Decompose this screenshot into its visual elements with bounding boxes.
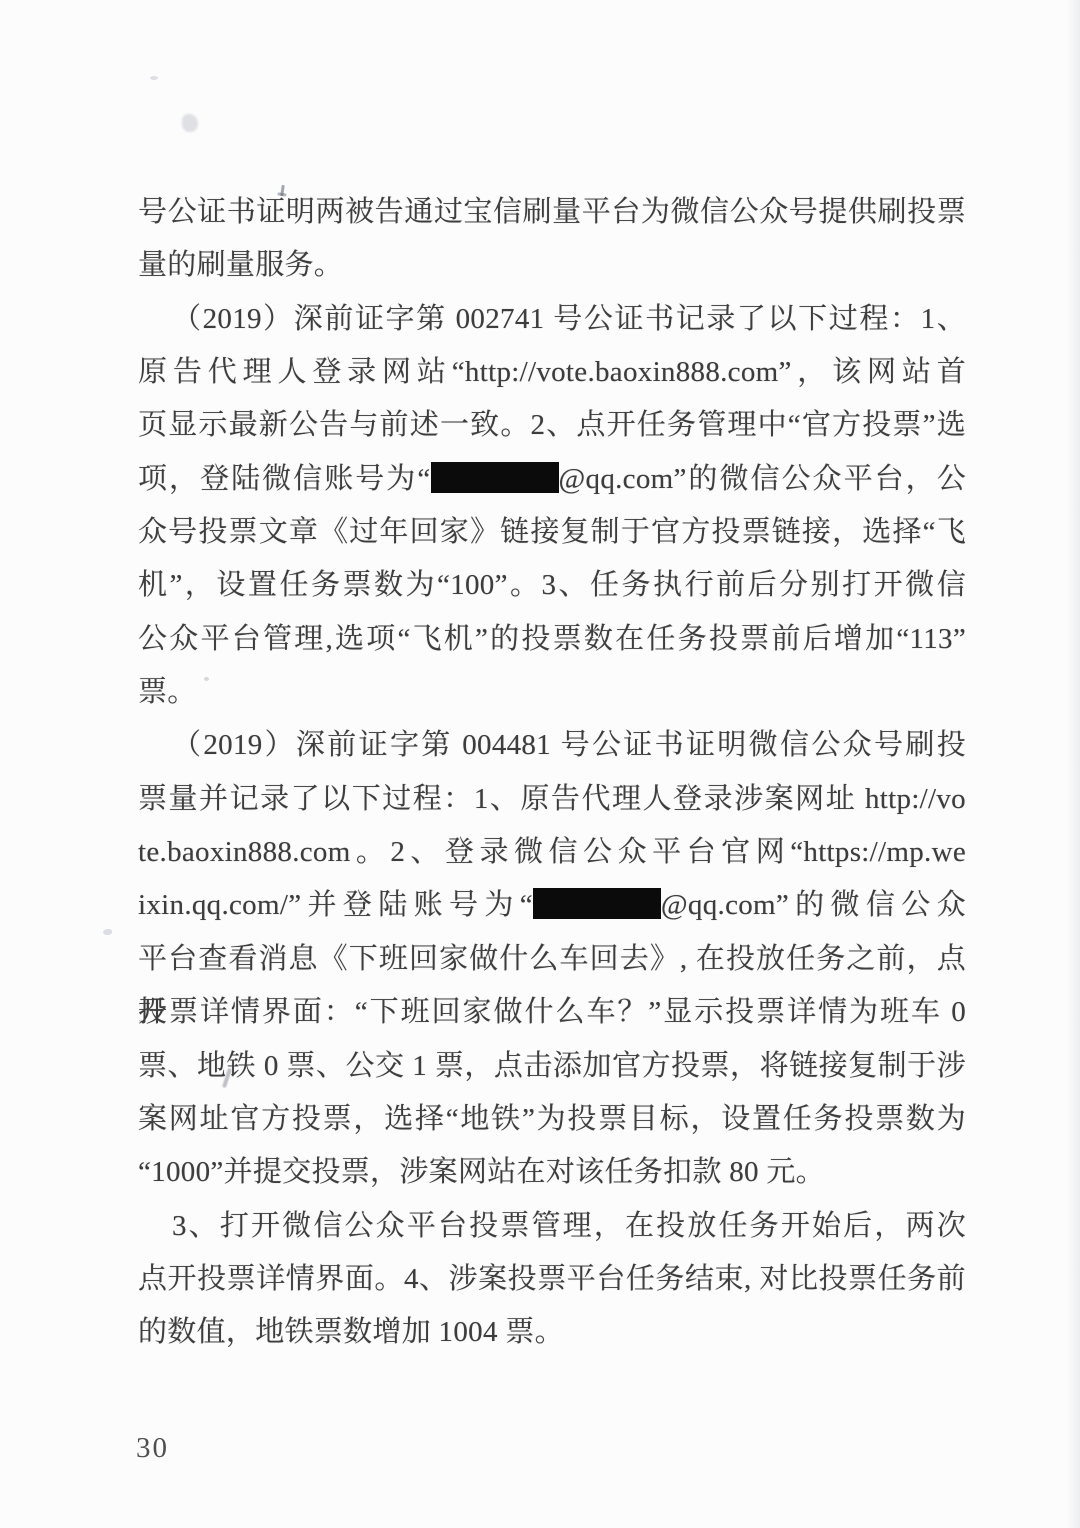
text-line: （2019）深前证字第 004481 号公证书证明微信公众号刷投 (138, 719, 966, 772)
text-block: 号公证书证明两被告通过宝信刷量平台为微信公众号提供刷投票量的刷量服务。（2019… (138, 186, 966, 1360)
text-segment: 众号投票文章《过年回家》链接复制于官方投票链接，选择“飞 (138, 516, 966, 548)
text-segment: 公众平台管理,选项“飞机”的投票数在任务投票前后增加“113” (138, 623, 966, 655)
page-number: 30 (136, 1432, 169, 1465)
text-segment: 票。 (138, 676, 197, 708)
text-segment: 号公证书证明两被告通过宝信刷量平台为微信公众号提供刷投票 (138, 196, 966, 228)
text-line: 3、打开微信公众平台投票管理，在投放任务开始后，两次 (138, 1200, 966, 1253)
text-line: 票、地铁 0 票、公交 1 票，点击添加官方投票，将链接复制于涉 (138, 1040, 966, 1093)
text-line: ixin.qq.com/”并登陆账号为“@qq.com”的微信公众 (138, 879, 966, 932)
text-segment: 点开投票详情界面。4、涉案投票平台任务结束, 对比投票任务前 (138, 1263, 966, 1295)
text-line: 原告代理人登录网站“http://vote.baoxin888.com”，该网站… (138, 346, 966, 399)
scan-artifact (103, 929, 112, 935)
text-segment: @qq.com”的微信公众平台，公 (559, 463, 967, 495)
text-line: 案网址官方投票，选择“地铁”为投票目标，设置任务投票数为 (138, 1093, 966, 1146)
text-segment: 票、地铁 0 票、公交 1 票，点击添加官方投票，将链接复制于涉 (138, 1050, 966, 1082)
text-line: 平台查看消息《下班回家做什么车回去》, 在投放任务之前，点开 (138, 933, 966, 986)
document-page: 号公证书证明两被告通过宝信刷量平台为微信公众号提供刷投票量的刷量服务。（2019… (0, 0, 1080, 1528)
text-line: 号公证书证明两被告通过宝信刷量平台为微信公众号提供刷投票 (138, 186, 966, 239)
text-line: 投票详情界面：“下班回家做什么车？”显示投票详情为班车 0 (138, 986, 966, 1039)
text-line: 众号投票文章《过年回家》链接复制于官方投票链接，选择“飞 (138, 506, 966, 559)
redaction-box (533, 888, 661, 919)
text-segment: （2019）深前证字第 002741 号公证书记录了以下过程：1、 (172, 303, 966, 335)
text-line: 机”，设置任务票数为“100”。3、任务执行前后分别打开微信 (138, 559, 966, 612)
text-line: 票量并记录了以下过程：1、原告代理人登录涉案网址 http://vo (138, 773, 966, 826)
text-line: （2019）深前证字第 002741 号公证书记录了以下过程：1、 (138, 293, 966, 346)
scan-artifact (150, 76, 158, 80)
text-line: “1000”并提交投票，涉案网站在对该任务扣款 80 元。 (138, 1146, 966, 1199)
text-line: te.baoxin888.com。2、登录微信公众平台官网“https://mp… (138, 826, 966, 879)
text-segment: （2019）深前证字第 004481 号公证书证明微信公众号刷投 (172, 729, 966, 761)
text-segment: 3、打开微信公众平台投票管理，在投放任务开始后，两次 (172, 1210, 966, 1242)
text-segment: 的数值，地铁票数增加 1004 票。 (138, 1316, 564, 1348)
redaction-box (431, 462, 559, 493)
text-line: 票。 (138, 666, 966, 719)
text-segment: @qq.com”的微信公众 (661, 889, 966, 921)
text-segment: 原告代理人登录网站“http://vote.baoxin888.com”，该网站… (138, 356, 966, 388)
text-segment: 量的刷量服务。 (138, 249, 343, 281)
text-segment: te.baoxin888.com。2、登录微信公众平台官网“https://mp… (138, 836, 966, 868)
text-line: 点开投票详情界面。4、涉案投票平台任务结束, 对比投票任务前 (138, 1253, 966, 1306)
scan-edge-shadow (1066, 0, 1080, 1528)
text-segment: 机”，设置任务票数为“100”。3、任务执行前后分别打开微信 (138, 569, 966, 601)
text-line: 的数值，地铁票数增加 1004 票。 (138, 1306, 966, 1359)
text-line: 项，登陆微信账号为“@qq.com”的微信公众平台，公 (138, 453, 966, 506)
text-segment: 投票详情界面：“下班回家做什么车？”显示投票详情为班车 0 (138, 996, 966, 1028)
text-line: 公众平台管理,选项“飞机”的投票数在任务投票前后增加“113” (138, 613, 966, 666)
text-segment: “1000”并提交投票，涉案网站在对该任务扣款 80 元。 (138, 1156, 825, 1188)
scan-artifact (182, 114, 198, 132)
text-segment: 票量并记录了以下过程：1、原告代理人登录涉案网址 http://vo (138, 783, 966, 815)
text-segment: 页显示最新公告与前述一致。2、点开任务管理中“官方投票”选 (138, 409, 966, 441)
text-segment: ixin.qq.com/”并登陆账号为“ (138, 889, 533, 921)
text-segment: 案网址官方投票，选择“地铁”为投票目标，设置任务投票数为 (138, 1103, 966, 1135)
text-segment: 项，登陆微信账号为“ (138, 463, 431, 495)
text-line: 页显示最新公告与前述一致。2、点开任务管理中“官方投票”选 (138, 399, 966, 452)
text-line: 量的刷量服务。 (138, 239, 966, 292)
